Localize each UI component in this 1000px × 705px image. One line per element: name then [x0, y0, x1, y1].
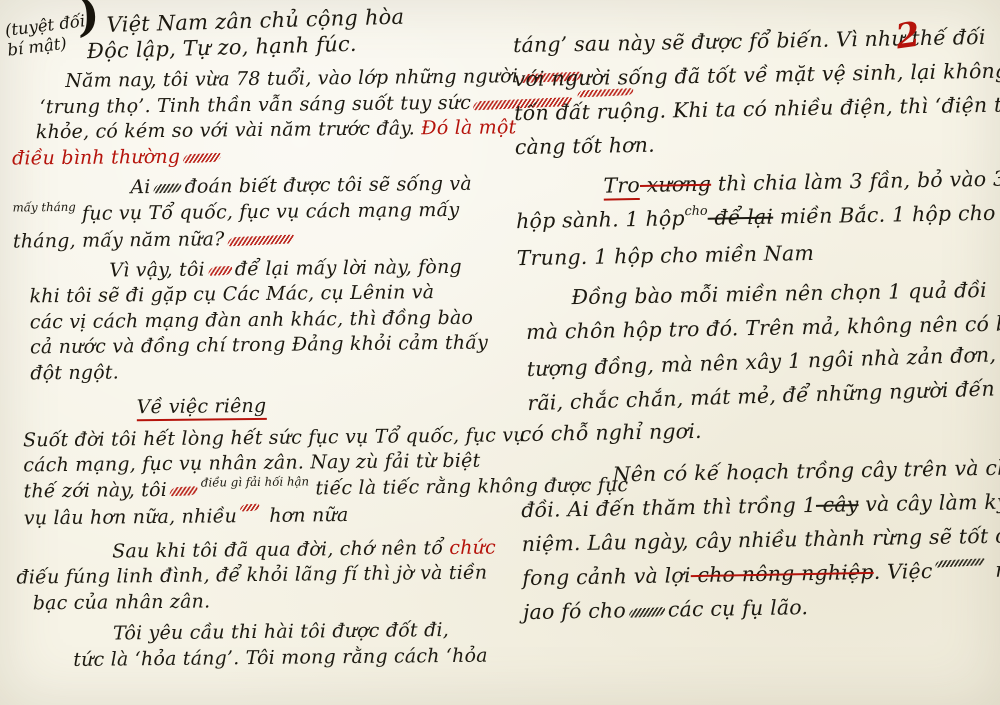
text-segment: đột ngột. [30, 361, 119, 384]
handwriting-line: điều bình thường [12, 141, 494, 172]
text-segment: đoán biết được tôi sẽ sống và [184, 173, 471, 198]
text-segment: Năm nay, tôi vừa 78 tuổi, vào lớp những … [65, 65, 518, 92]
handwriting-line: khỏe, có kém so với vài năm trước đây. Đ… [36, 115, 494, 145]
text-segment: fục vụ Tổ quốc, fục vụ cách mạng mấy [76, 198, 460, 224]
handwriting-line: Về việc riêng [137, 391, 497, 420]
text-segment: để lại mấy lời này, fòng [235, 255, 462, 279]
red-edit-scribble [182, 152, 223, 163]
text-segment: đồi. Ai đến thăm thì trồng 1 [521, 493, 816, 522]
text-segment: Nên có kế hoạch trồng cây trên và chung … [612, 454, 1000, 487]
text-segment: và cây làm kỷ [858, 490, 1000, 517]
text-segment: cây [816, 492, 859, 517]
ink-edit-scribble [934, 558, 986, 568]
text-segment: hộp sành. 1 hộp [516, 206, 685, 233]
text-segment: ‘trung thọ’. Tinh thần vẫn sáng suốt tuy… [39, 91, 471, 118]
text-segment: Đồng bào mỗi miền nên chọn 1 quả đồi [571, 278, 987, 309]
handwriting-line: Năm nay, tôi vừa 78 tuổi, vào lớp những … [65, 64, 493, 94]
text-segment: thế zới này, tôi [23, 478, 167, 502]
handwriting-line: mấy tháng fục vụ Tổ quốc, fục vụ cách mạ… [13, 197, 495, 230]
handwriting-line: Vì vậy, tôiđể lại mấy lời này, fòng [109, 254, 495, 284]
text-segment: các cụ fụ lão. [668, 595, 809, 621]
text-segment: càng tốt hơn. [515, 133, 655, 159]
text-segment: bạc của nhân zân. [33, 590, 211, 614]
text-segment: tốn đất ruộng. Khi ta có nhiều điện, thì… [514, 92, 1000, 125]
page-number: 2 [893, 15, 922, 58]
handwriting-line: Tôi yêu cầu thi hài tôi được đốt đi, [113, 617, 499, 647]
text-segment: Sau khi tôi đã qua đời, chớ nên tổ [112, 537, 443, 562]
manuscript-page-left: Việt Nam zân chủ cộng hòaĐộc lập, Tự zo,… [11, 5, 500, 673]
ink-edit-scribble [152, 183, 183, 193]
text-segment: Trung. 1 hộp cho miền Nam [517, 241, 815, 270]
handwriting-line: cả nước và đồng chí trong Đảng khỏi cảm … [30, 330, 496, 360]
text-segment: Suốt đời tôi hết lòng hết sức fục vụ Tổ … [23, 424, 526, 451]
red-edit-scribble [206, 265, 233, 275]
text-segment: các vị cách mạng đàn anh khác, thì đồng … [30, 306, 474, 333]
text-segment: cả nước và đồng chí trong Đảng khỏi cảm … [30, 332, 488, 359]
text-segment: chức [443, 536, 496, 559]
handwriting-line: thế zới này, tôiđiều gì fải hối hận tiếc… [23, 474, 497, 506]
text-segment: miền Bắc. 1 hộp cho miền [773, 200, 1000, 229]
text-segment: jao fó cho [523, 598, 626, 624]
text-segment: vụ lâu hơn nữa, nhiều [24, 505, 237, 529]
text-segment: khi tôi sẽ đi gặp cụ Các Mác, cụ Lênin v… [29, 281, 434, 307]
text-segment: điếu fúng linh đình, để khỏi lãng fí thì… [16, 562, 487, 589]
handwriting-line: Trung. 1 hộp cho miền Nam [517, 233, 988, 275]
handwriting-line: bạc của nhân zân. [33, 586, 499, 616]
handwriting-line: điếu fúng linh đình, để khỏi lãng fí thì… [16, 560, 498, 591]
manuscript-page-right: táng’ sau này sẽ được fổ biến. Vì như th… [513, 20, 993, 629]
handwriting-line: đột ngột. [30, 356, 496, 386]
handwriting-line: Aiđoán biết được tôi sẽ sống và [130, 171, 494, 200]
text-segment: nên [988, 557, 1000, 582]
text-segment: fong cảnh và lợi [522, 563, 691, 590]
text-segment: với người sống đã tốt về mặt vệ sinh, lạ… [513, 59, 1000, 92]
text-segment: hơn nữa [263, 504, 349, 527]
text-segment: có chỗ nghỉ ngơi. [520, 419, 702, 446]
manuscript-scan: (tuyệt đối bí mật) ) Việt Nam zân chủ cộ… [0, 0, 1000, 705]
text-segment: khỏe, có kém so với vài năm trước đây. [36, 117, 415, 143]
red-edit-scribble [226, 234, 295, 246]
text-segment: Đó là một [415, 116, 517, 139]
text-segment: . Việc [874, 559, 933, 584]
text-segment: Vì vậy, tôi [109, 258, 205, 281]
handwriting-line: tức là ‘hỏa táng’. Tôi mong rằng cách ‘h… [73, 643, 499, 673]
text-segment: điều gì fải hối hận [201, 474, 309, 489]
text-segment: Tôi yêu cầu thi hài tôi được đốt đi, [113, 619, 449, 645]
text-segment: Về việc riêng [137, 395, 267, 421]
red-edit-scribble [239, 504, 261, 512]
handwriting-line: vụ lâu hơn nữa, nhiều hơn nữa [24, 501, 498, 531]
text-segment: Tro [603, 173, 640, 201]
red-edit-scribble [169, 486, 200, 496]
text-segment: Ai [130, 176, 150, 198]
handwriting-line: tháng, mấy năm nữa? [13, 224, 495, 255]
text-segment: niệm. Lâu ngày, cây nhiều thành rừng sẽ … [522, 523, 1000, 556]
ink-edit-scribble [627, 607, 666, 618]
text-segment: điều bình thường [12, 145, 180, 169]
handwriting-line: jao fó chocác cụ fụ lão. [523, 587, 994, 629]
text-segment: xương [640, 172, 712, 197]
text-segment: mấy tháng [13, 200, 76, 215]
text-segment: cho nông nghiệp [691, 560, 874, 587]
text-segment: tháng, mấy năm nữa? [13, 228, 225, 252]
text-segment: tức là ‘hỏa táng’. Tôi mong rằng cách ‘h… [73, 644, 488, 670]
text-segment: để lại [707, 205, 773, 230]
text-segment: thì chia làm 3 fần, bỏ vào 3 cái [711, 166, 1000, 196]
text-segment: cho [684, 203, 707, 218]
handwriting-line: càng tốt hơn. [515, 122, 986, 164]
text-segment: cách mạng, fục vụ nhân zân. Nay zù fải t… [23, 450, 480, 477]
